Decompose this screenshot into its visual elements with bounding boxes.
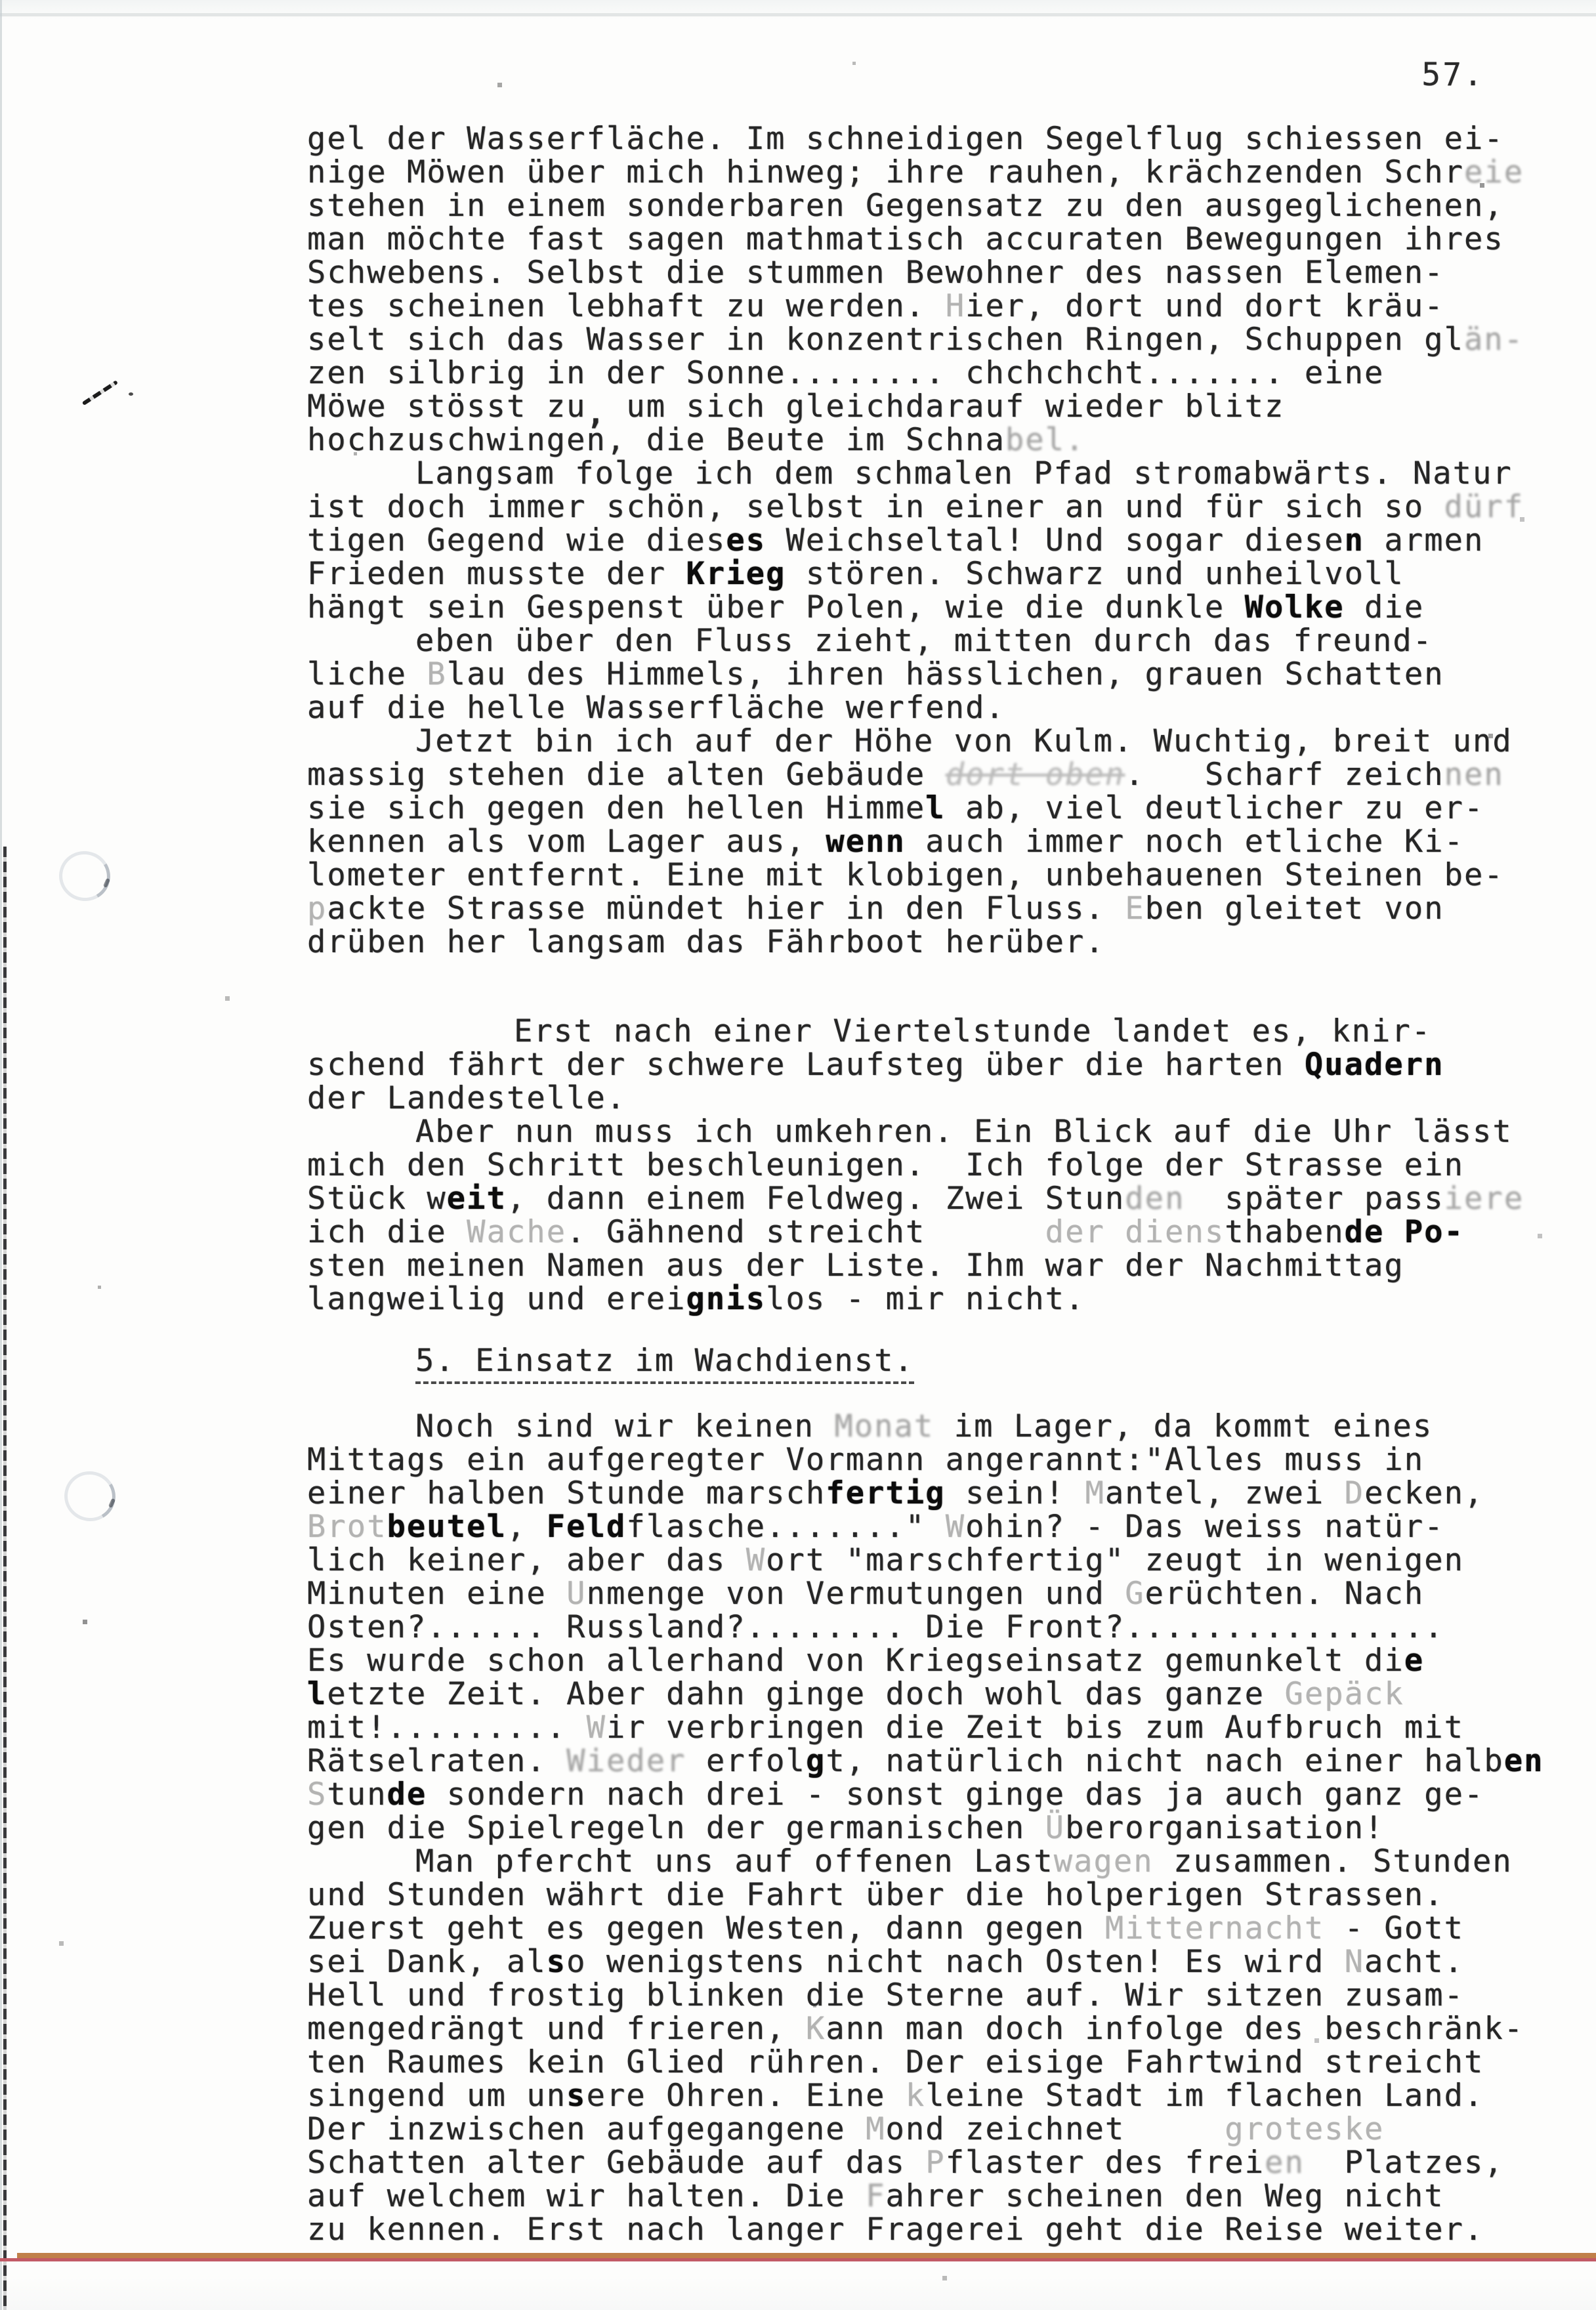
text-line: zu kennen. Erst nach langer Fragerei geh… [307, 2213, 1554, 2246]
text-segment: B [427, 656, 446, 692]
text-segment: Rätselraten. [307, 1743, 566, 1779]
text-segment: S [307, 1776, 327, 1813]
text-segment: zu kennen. Erst nach langer Fragerei geh… [307, 2212, 1484, 2248]
text-line: ist doch immer schön, selbst in einer an… [307, 490, 1554, 524]
text-segment: nmenge von Vermutungen und [587, 1576, 1125, 1612]
text-segment: ere Ohren. Eine [587, 2078, 906, 2114]
text-segment: ond zeichnet [886, 2111, 1225, 2147]
text-segment: eben über den Fluss zieht, mitten durch … [415, 623, 1433, 659]
text-segment: Weichseltal! Und sogar diese [766, 522, 1345, 558]
punch-hole-top [54, 846, 115, 907]
text-segment: - Gott [1324, 1910, 1464, 1946]
text-segment: Stück w [307, 1181, 447, 1217]
text-segment: Wache [467, 1214, 566, 1250]
text-segment: auch immer noch etliche Ki- [906, 824, 1464, 860]
text-segment: etzte Zeit. Aber dahn ginge doch wohl da… [327, 1676, 1284, 1712]
text-segment: flaster des frei [946, 2145, 1265, 2181]
text-line: massig stehen die alten Gebäude dort obe… [307, 758, 1554, 791]
text-segment: ackte Strasse mündet hier in den Fluss. [327, 891, 1125, 927]
text-line: packte Strasse mündet hier in den Fluss.… [307, 892, 1554, 925]
text-line: Jetzt bin ich auf der Höhe von Kulm. Wuc… [307, 724, 1554, 758]
text-segment: Osten?...... Russland?........ Die Front… [307, 1609, 1444, 1645]
text-segment: de Po- [1345, 1214, 1464, 1250]
text-segment: ist doch immer schön, selbst in einer an… [307, 489, 1424, 525]
text-line: man möchte fast sagen mathmatisch accura… [307, 222, 1554, 256]
text-line: hochzuschwingen, die Beute im Schnabel. [307, 423, 1554, 457]
text-segment: Schatten alter Gebäude auf das [307, 2145, 925, 2181]
text-line: nige Möwen über mich hinweg; ihre rauhen… [307, 156, 1554, 189]
text-segment: W [746, 1542, 766, 1578]
text-segment: ich die [307, 1214, 467, 1250]
text-segment: gen die Spielregeln der germanischen [307, 1810, 1045, 1846]
text-segment: den [1125, 1181, 1185, 1217]
text-segment: W [587, 1710, 606, 1746]
text-segment: H [946, 288, 965, 324]
text-line: drüben her langsam das Fährboot herüber. [307, 925, 1554, 959]
text-segment: selt sich das Wasser in konzentrischen R… [307, 322, 1464, 358]
text-segment: beutel [387, 1509, 507, 1545]
text-segment: liche [307, 656, 427, 692]
text-segment: stehen in einem sonderbaren Gegensatz zu… [307, 188, 1504, 224]
text-segment: auf welchem wir halten. Die [307, 2178, 866, 2214]
text-segment: tes scheinen lebhaft zu werden. [307, 288, 946, 324]
text-segment: ohin? - Das weiss natür- [965, 1509, 1444, 1545]
text-line: singend um unsere Ohren. Eine kleine Sta… [307, 2079, 1554, 2112]
text-segment: berorganisation! [1065, 1810, 1384, 1846]
text-line: auf die helle Wasserfläche werfend. [307, 691, 1554, 724]
text-segment: en [1504, 1743, 1544, 1779]
text-segment: Erst nach einer Viertelstunde landet es,… [514, 1013, 1431, 1049]
text-line: eben über den Fluss zieht, mitten durch … [307, 624, 1554, 658]
text-segment: K [806, 2011, 826, 2047]
text-segment: thaben [1225, 1214, 1344, 1250]
text-segment: zusammen. Stunden [1154, 1843, 1513, 1879]
text-segment: sein! [946, 1475, 1085, 1511]
text-line: ich die Wache. Gähnend streicht der dien… [307, 1215, 1554, 1249]
text-segment: Quadern [1305, 1047, 1444, 1083]
text-segment: W [946, 1509, 965, 1545]
text-line: hängt sein Gespenst über Polen, wie die … [307, 591, 1554, 624]
scan-edge-top-line [0, 13, 1596, 16]
scan-edge-left-dark-line [3, 847, 7, 2310]
text-segment: ier, dort und dort kräu- [965, 288, 1444, 324]
text-line: Schwebens. Selbst die stummen Bewohner d… [307, 256, 1554, 289]
text-segment: ab, viel deutlicher zu er- [946, 790, 1484, 826]
text-line: Möwe stösst zu, um sich gleichdarauf wie… [307, 390, 1554, 423]
text-segment: Feld [547, 1509, 627, 1545]
text-segment: Schwebens. Selbst die stummen Bewohner d… [307, 255, 1444, 291]
text-segment: gnis [686, 1281, 766, 1317]
text-segment: nige Möwen über mich hinweg; ihre rauhen… [307, 154, 1464, 190]
punch-hole-fleck [108, 1498, 115, 1508]
text-segment: sei Dank, al [307, 1944, 547, 1980]
text-line: selt sich das Wasser in konzentrischen R… [307, 323, 1554, 356]
text-segment: iere [1444, 1181, 1524, 1217]
text-segment: dort oben [946, 757, 1125, 793]
text-segment: M [866, 2111, 885, 2147]
text-segment: Frieden musste der [307, 556, 686, 592]
text-segment: än- [1464, 322, 1524, 358]
text-segment: N [1345, 1944, 1364, 1980]
text-line: Hell und frostig blinken die Sterne auf.… [307, 1979, 1554, 2012]
text-line: sie sich gegen den hellen Himmel ab, vie… [307, 791, 1554, 825]
text-segment: Jetzt bin ich auf der Höhe von Kulm. Wuc… [415, 723, 1513, 759]
text-segment: ahrer scheinen den Weg nicht [886, 2178, 1444, 2214]
text-line: zen silbrig in der Sonne........ chchchc… [307, 356, 1554, 390]
text-segment: einer halben Stunde marsch [307, 1475, 826, 1511]
text-line: Frieden musste der Krieg stören. Schwarz… [307, 557, 1554, 591]
text-line: kennen als vom Lager aus, wenn auch imme… [307, 825, 1554, 858]
text-segment: ir verbringen die Zeit bis zum Aufbruch … [606, 1710, 1464, 1746]
text-segment: ten Raumes kein Glied rühren. Der eisige… [307, 2044, 1484, 2080]
scan-noise-specks [0, 0, 2, 2]
text-segment: wagen [1054, 1843, 1154, 1879]
text-line: Aber nun muss ich umkehren. Ein Blick au… [307, 1115, 1554, 1148]
text-line: Der inzwischen aufgegangene Mond zeichne… [307, 2112, 1554, 2146]
text-segment: im Lager, da kommt eines [934, 1408, 1433, 1444]
text-segment: antel, zwei [1105, 1475, 1345, 1511]
text-segment: leine Stadt im flachen Land. [925, 2078, 1484, 2114]
text-segment: ann man doch infolge des beschränk- [826, 2011, 1524, 2047]
text-segment: G [1125, 1576, 1144, 1612]
text-segment: s [547, 1944, 566, 1980]
text-segment: Man pfercht uns auf offenen Last [415, 1843, 1054, 1879]
text-segment: man möchte fast sagen mathmatisch accura… [307, 221, 1504, 257]
bottom-rule-red [0, 2258, 1596, 2261]
text-segment: p [307, 891, 327, 927]
text-segment: D [1345, 1475, 1364, 1511]
text-segment: kennen als vom Lager aus, [307, 824, 826, 860]
text-segment: die [1345, 589, 1425, 625]
text-line: stehen in einem sonderbaren Gegensatz zu… [307, 189, 1554, 222]
text-segment: Brot [307, 1509, 387, 1545]
text-segment: lich keiner, aber das [307, 1542, 746, 1578]
text-segment: U [566, 1576, 586, 1612]
text-line: liche Blau des Himmels, ihren hässlichen… [307, 658, 1554, 691]
text-segment: M [1085, 1475, 1104, 1511]
text-segment: s [566, 2078, 586, 2114]
text-segment: lau des Himmels, ihren hässlichen, graue… [447, 656, 1444, 692]
text-segment: l [307, 1676, 327, 1712]
text-segment: erüchten. Nach [1145, 1576, 1425, 1612]
text-segment: Platzes, [1324, 2145, 1504, 2181]
text-segment: t, natürlich nicht nach einer halb [826, 1743, 1503, 1779]
text-segment: fertig [826, 1475, 945, 1511]
text-segment: eie [1464, 154, 1524, 190]
text-line: Osten?...... Russland?........ Die Front… [307, 1610, 1554, 1644]
text-segment: stören. Schwarz und unheilvoll [786, 556, 1404, 592]
text-segment: . Scharf zeich [1125, 757, 1444, 793]
text-line: Minuten eine Unmenge von Vermutungen und… [307, 1577, 1554, 1610]
text-segment: Mittags ein aufgeregter Vormann angerann… [307, 1442, 1424, 1478]
pen-stroke-dot [129, 392, 133, 396]
text-segment: mich den Schritt beschleunigen. Ich folg… [307, 1147, 1464, 1183]
scanned-page: 57. gel der Wasserfläche. Im schneidigen… [0, 0, 1596, 2310]
text-segment: F [866, 2178, 885, 2214]
text-segment: langweilig und erei [307, 1281, 686, 1317]
text-segment: wenn [826, 824, 906, 860]
text-segment: 5. Einsatz im Wachdienst. [415, 1343, 914, 1379]
text-line: lich keiner, aber das Wort "marschfertig… [307, 1543, 1554, 1577]
text-line: gel der Wasserfläche. Im schneidigen Seg… [307, 122, 1554, 156]
text-segment: P [925, 2145, 945, 2181]
text-segment: Der inzwischen aufgegangene [307, 2111, 866, 2147]
text-segment: o wenigstens nicht nach Osten! Es wird [566, 1944, 1344, 1980]
text-segment: e [1404, 1643, 1424, 1679]
text-line: Zuerst geht es gegen Westen, dann gegen … [307, 1912, 1554, 1945]
typewritten-text-block: gel der Wasserfläche. Im schneidigen Seg… [307, 122, 1554, 2246]
text-segment: Ü [1045, 1810, 1065, 1846]
text-line: tes scheinen lebhaft zu werden. Hier, do… [307, 289, 1554, 323]
section-heading-underline: 5. Einsatz im Wachdienst. [415, 1344, 914, 1384]
text-segment: Monat [834, 1408, 934, 1444]
text-segment: Es wurde schon allerhand von Kriegseinsa… [307, 1643, 1404, 1679]
scan-edge-left-light [0, 0, 2, 2310]
text-segment: sie sich gegen den hellen Himme [307, 790, 925, 826]
punch-hole-fleck [103, 878, 110, 888]
text-segment: g [806, 1743, 826, 1779]
text-segment: später pass [1185, 1181, 1444, 1217]
text-segment: de [387, 1776, 427, 1813]
text-segment: , [507, 1509, 547, 1545]
text-segment: ecken, [1364, 1475, 1484, 1511]
text-segment: mengedrängt und frieren, [307, 2011, 806, 2047]
text-segment: k [906, 2078, 925, 2114]
text-segment: erfol [686, 1743, 806, 1779]
text-line: Es wurde schon allerhand von Kriegseinsa… [307, 1644, 1554, 1677]
text-segment: hochzuschwingen, die Beute im Schna [307, 422, 1005, 458]
text-line: Mittags ein aufgeregter Vormann angerann… [307, 1443, 1554, 1477]
text-segment: mit!......... [307, 1710, 587, 1746]
text-line: Schatten alter Gebäude auf das Pflaster … [307, 2146, 1554, 2179]
text-segment: hängt sein Gespenst über Polen, wie die … [307, 589, 1245, 625]
text-segment: gel der Wasserfläche. Im schneidigen Seg… [307, 121, 1504, 157]
text-segment: Hell und frostig blinken die Sterne auf.… [307, 1977, 1464, 2013]
text-segment: eit [447, 1181, 507, 1217]
text-segment: lometer entfernt. Eine mit klobigen, unb… [307, 857, 1504, 893]
text-segment: groteske [1225, 2111, 1384, 2147]
text-segment: schend fährt der schwere Laufsteg über d… [307, 1047, 1305, 1083]
text-segment: Zuerst geht es gegen Westen, dann gegen [307, 1910, 1105, 1946]
text-line: schend fährt der schwere Laufsteg über d… [307, 1048, 1554, 1081]
text-segment: der Landestelle. [307, 1080, 626, 1116]
text-line: gen die Spielregeln der germanischen Übe… [307, 1811, 1554, 1845]
text-segment: und Stunden währt die Fahrt über die hol… [307, 1877, 1444, 1913]
text-line: Rätselraten. Wieder erfolgt, natürlich n… [307, 1744, 1554, 1778]
punch-hole-bottom [59, 1466, 121, 1527]
text-segment: flasche......." [626, 1509, 945, 1545]
text-line: Brotbeutel, Feldflasche......." Wohin? -… [307, 1510, 1554, 1543]
text-segment: Gepäck [1284, 1676, 1404, 1712]
text-segment: . Gähnend streicht [566, 1214, 1045, 1250]
text-line: mengedrängt und frieren, Kann man doch i… [307, 2012, 1554, 2046]
text-line: Man pfercht uns auf offenen Lastwagen zu… [307, 1845, 1554, 1878]
text-line: mit!......... Wir verbringen die Zeit bi… [307, 1711, 1554, 1744]
text-segment: tun [327, 1776, 387, 1813]
text-segment: dürf [1424, 489, 1524, 525]
text-line: und Stunden währt die Fahrt über die hol… [307, 1878, 1554, 1912]
text-segment: singend um un [307, 2078, 566, 2114]
pen-stroke-mark [82, 380, 118, 406]
text-segment: ort "marschfertig" zeugt in wenigen [766, 1542, 1464, 1578]
section-heading: 5. Einsatz im Wachdienst. [307, 1344, 1554, 1383]
text-line: letzte Zeit. Aber dahn ginge doch wohl d… [307, 1677, 1554, 1711]
text-segment: Wolke [1245, 589, 1345, 625]
bottom-rule-orange [17, 2253, 1596, 2258]
text-segment: armen [1364, 522, 1484, 558]
text-segment: nen [1444, 757, 1504, 793]
text-line: sten meinen Namen aus der Liste. Ihm war… [307, 1249, 1554, 1282]
text-segment: bel. [1005, 422, 1085, 458]
text-segment: l [925, 790, 945, 826]
text-segment: acht. [1364, 1944, 1464, 1980]
text-line: der Landestelle. [307, 1081, 1554, 1115]
text-line: sei Dank, also wenigstens nicht nach Ost… [307, 1945, 1554, 1979]
text-segment: en [1265, 2145, 1324, 2181]
text-line: einer halben Stunde marschfertig sein! M… [307, 1477, 1554, 1510]
text-segment: massig stehen die alten Gebäude [307, 757, 946, 793]
text-segment: , dann einem Feldweg. Zwei Stun [507, 1181, 1125, 1217]
text-line: Noch sind wir keinen Monat im Lager, da … [307, 1410, 1554, 1443]
text-segment: Mitternacht [1105, 1910, 1324, 1946]
text-line: tigen Gegend wie dieses Weichseltal! Und… [307, 524, 1554, 557]
text-segment: Langsam folge ich dem schmalen Pfad stro… [415, 455, 1513, 492]
text-segment: sondern nach drei - sonst ginge das ja a… [427, 1776, 1484, 1813]
text-line: Stück weit, dann einem Feldweg. Zwei Stu… [307, 1182, 1554, 1215]
text-line: ten Raumes kein Glied rühren. Der eisige… [307, 2046, 1554, 2079]
text-segment: tigen Gegend wie dies [307, 522, 726, 558]
text-line: mich den Schritt beschleunigen. Ich folg… [307, 1148, 1554, 1182]
text-line: Langsam folge ich dem schmalen Pfad stro… [307, 457, 1554, 490]
text-segment: los - mir nicht. [766, 1281, 1085, 1317]
text-segment: sten meinen Namen aus der Liste. Ihm war… [307, 1248, 1404, 1284]
text-segment: auf die helle Wasserfläche werfend. [307, 690, 1005, 726]
text-segment: Aber nun muss ich umkehren. Ein Blick au… [415, 1114, 1513, 1150]
text-line: auf welchem wir halten. Die Fahrer schei… [307, 2179, 1554, 2213]
text-segment: Minuten eine [307, 1576, 566, 1612]
text-line: Stunde sondern nach drei - sonst ginge d… [307, 1778, 1554, 1811]
text-segment: Noch sind wir keinen [415, 1408, 834, 1444]
text-segment: zen silbrig in der Sonne........ chchchc… [307, 355, 1384, 391]
text-segment: ben gleitet von [1145, 891, 1444, 927]
page-number: 57. [1421, 56, 1484, 93]
text-segment: drüben her langsam das Fährboot herüber. [307, 924, 1105, 960]
text-segment: Wieder [566, 1743, 686, 1779]
text-segment: Krieg [686, 556, 786, 592]
text-segment: um sich gleichdarauf wieder blitz [606, 388, 1284, 425]
text-segment: Möwe stösst zu [307, 388, 587, 425]
text-segment: n [1345, 522, 1364, 558]
text-line: langweilig und ereignislos - mir nicht. [307, 1282, 1554, 1316]
text-segment: der diens [1045, 1214, 1225, 1250]
text-line: lometer entfernt. Eine mit klobigen, unb… [307, 858, 1554, 892]
text-segment: E [1125, 891, 1144, 927]
text-line: Erst nach einer Viertelstunde landet es,… [307, 1015, 1554, 1048]
text-segment: es [726, 522, 766, 558]
